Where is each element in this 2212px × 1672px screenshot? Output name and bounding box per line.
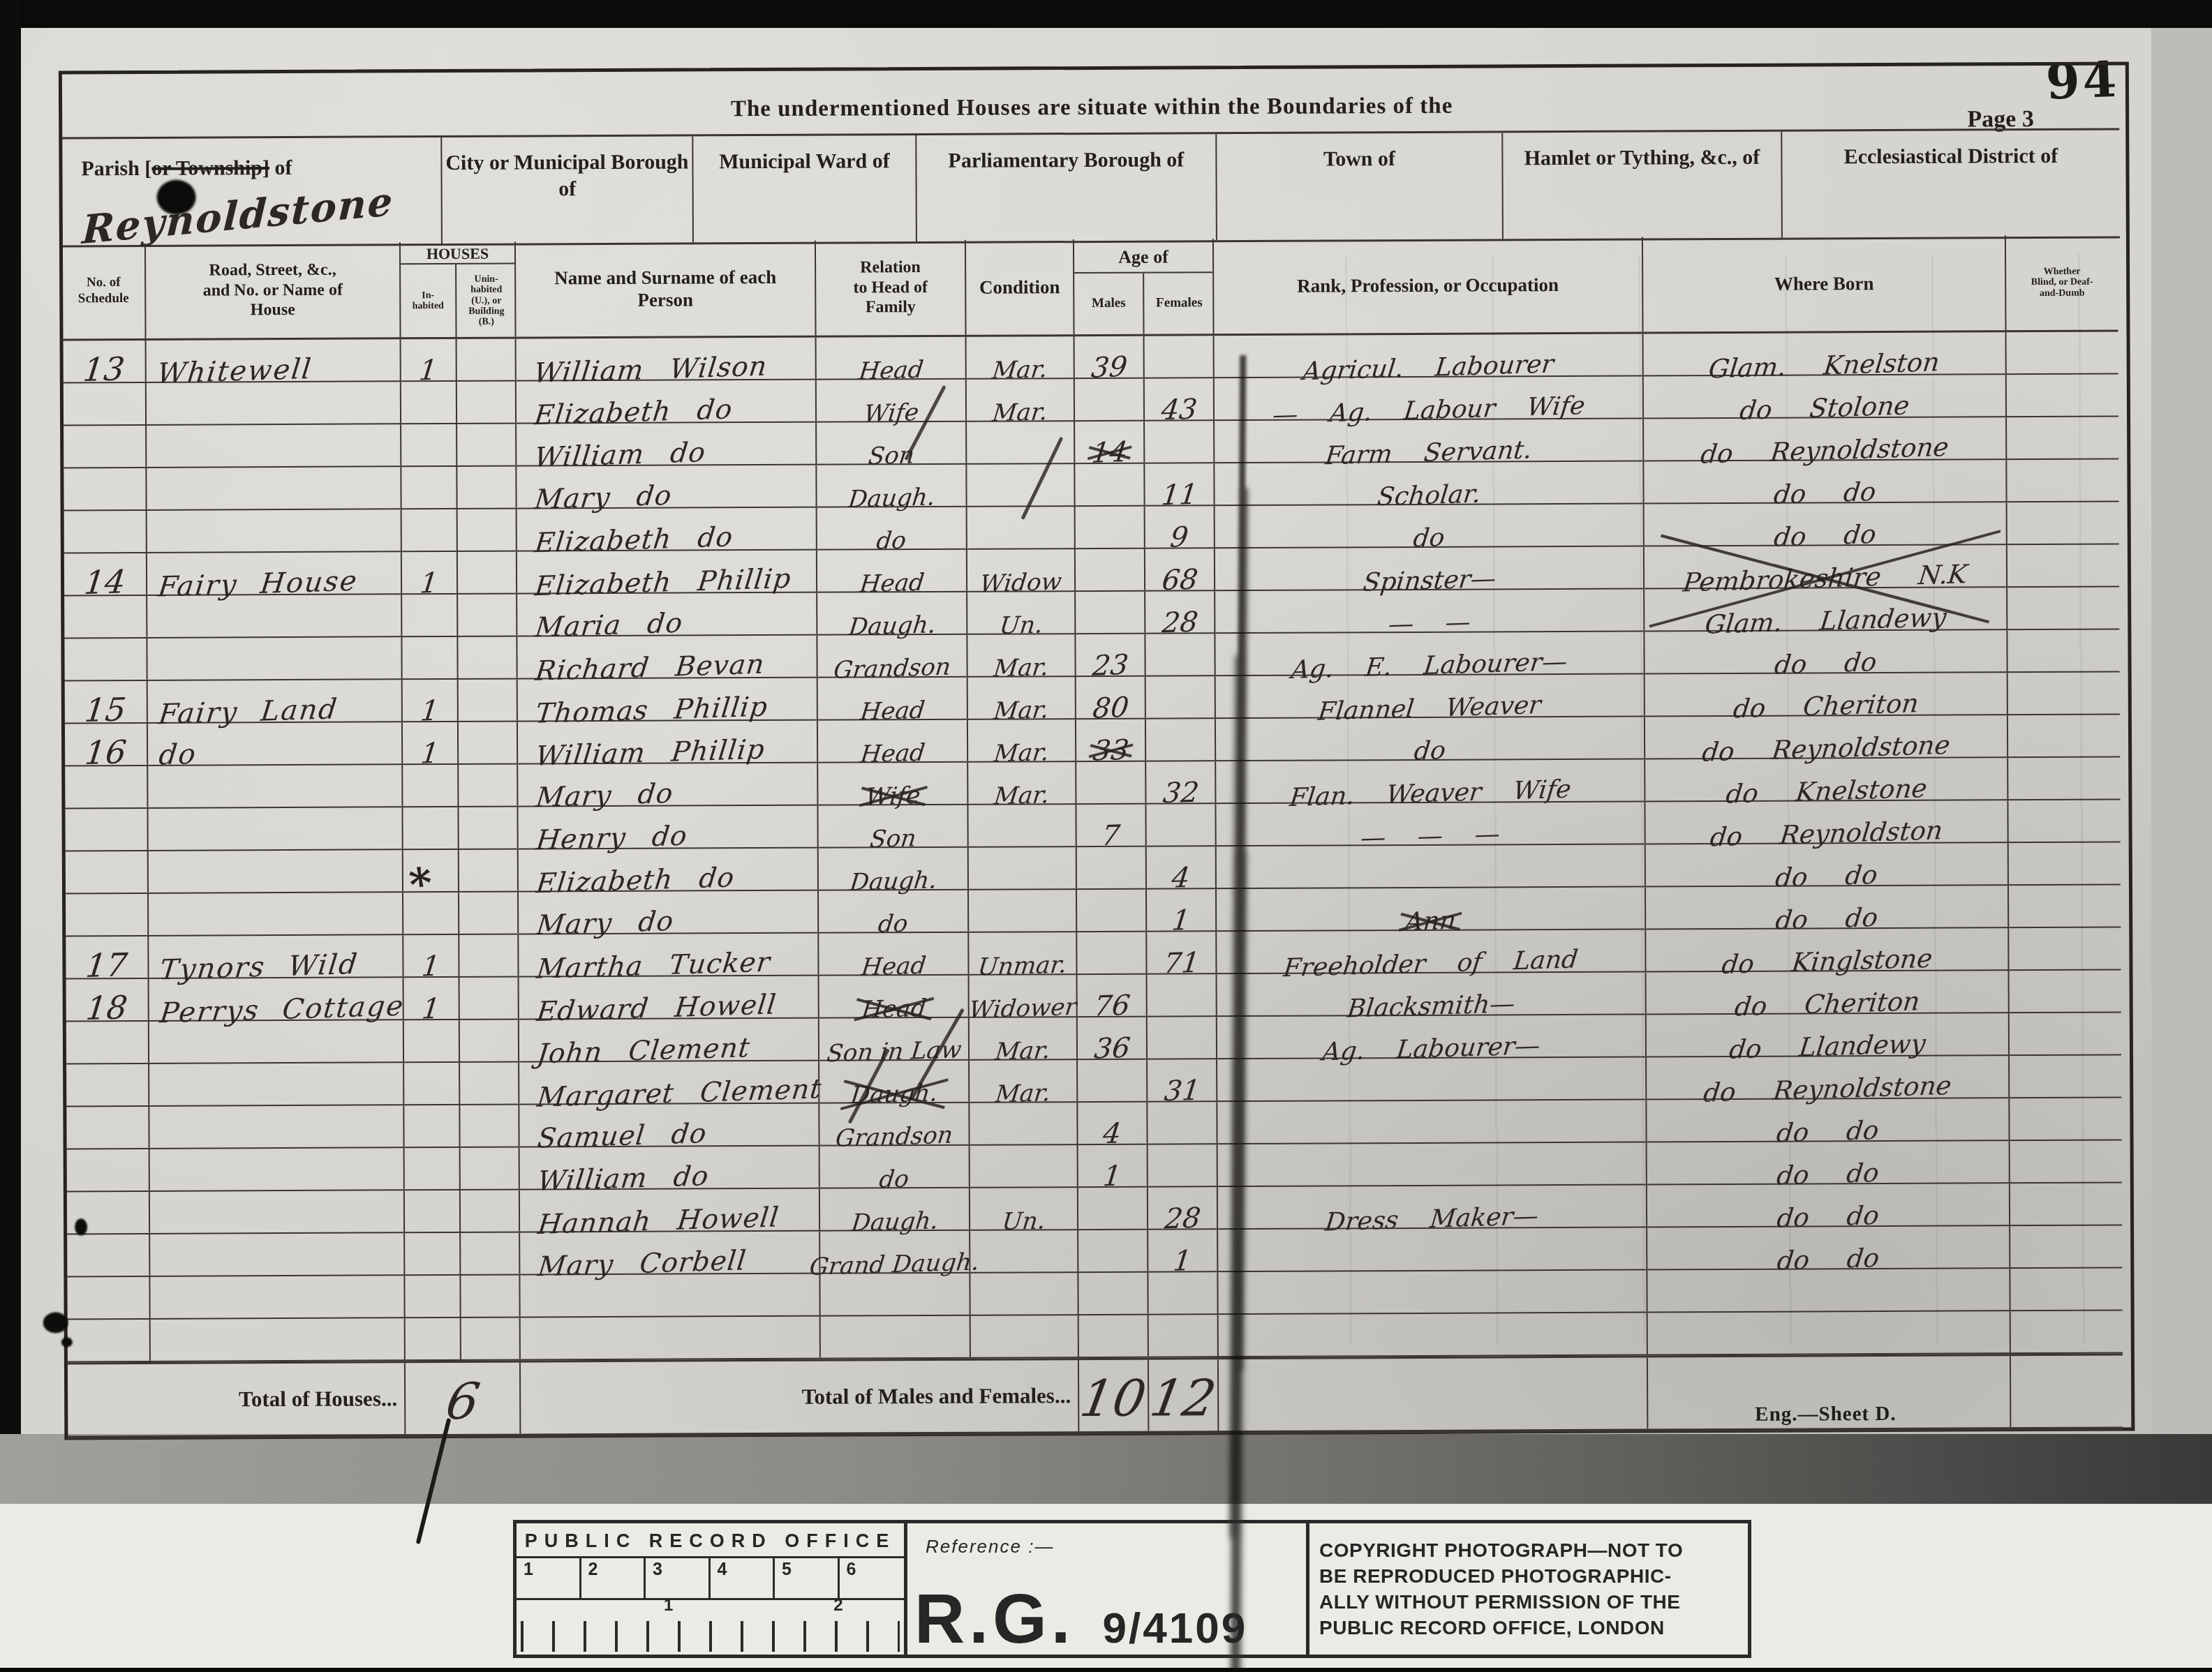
cell-born: do do (1646, 886, 2009, 928)
cell-name: William do (517, 423, 817, 465)
cell-infirm (2009, 843, 2121, 885)
cell-name (520, 1274, 820, 1317)
cell-age_m (1076, 507, 1145, 548)
cell-age_m (1076, 549, 1145, 590)
cell-house (147, 424, 401, 467)
cell-name: John Clement (519, 1019, 819, 1061)
cell-inhabited (402, 509, 458, 551)
cell-infirm (2010, 1184, 2122, 1225)
header-females: Females (1144, 273, 1214, 334)
hole-punch (157, 180, 196, 215)
cell-schedule (66, 1149, 150, 1191)
pro-office-box: PUBLIC RECORD OFFICE 1 2 3 4 5 6 1 2 (513, 1520, 907, 1658)
header-infirm: Whether Blind, or Deaf- and-Dumb (2006, 235, 2118, 331)
cell-infirm (2007, 332, 2118, 374)
header-inhabited-line2: habited (413, 301, 444, 312)
header-name-line1: Name and Surname of each (554, 266, 776, 290)
cell-name: Elizabeth Phillip (517, 551, 817, 593)
cell-inhabited: 1 (404, 978, 460, 1019)
cell-relation: Daugh. (817, 465, 967, 507)
cell-condition (968, 805, 1076, 846)
cell-age_f (1149, 1315, 1219, 1356)
cell-born (1647, 1269, 2010, 1311)
cell-infirm (2010, 1226, 2122, 1268)
cell-schedule (64, 766, 148, 808)
census-sheet: 94 The undermentioned Houses are situate… (21, 28, 2151, 1434)
cell-relation: Grandson (819, 1103, 970, 1145)
cell-age_f (1145, 336, 1215, 377)
cell-infirm (2010, 971, 2121, 1013)
cell-age_f: 32 (1146, 761, 1216, 803)
cell-born: do Stolone (1644, 375, 2007, 417)
cell-inhabited (403, 765, 459, 806)
cell-schedule (64, 596, 147, 638)
cell-infirm (2008, 715, 2120, 757)
cell-name: Mary do (519, 891, 819, 934)
header-road-line3: House (251, 300, 295, 320)
cell-age_m (1079, 1315, 1149, 1357)
cell-relation: Grandson (817, 635, 967, 677)
scan-top-edge (0, 0, 2212, 28)
cell-born: Pembrokeshire N.K (1645, 545, 2007, 588)
cell-uninhabited (461, 1190, 520, 1232)
cell-inhabited (405, 1276, 461, 1317)
cell-age_f (1145, 634, 1215, 675)
cell-age_m (1078, 1060, 1148, 1101)
header-age-subcolumns: Males Females (1074, 273, 1212, 334)
ruler-number: 5 (775, 1558, 840, 1600)
cell-name: William Phillip (518, 721, 818, 763)
cell-age_f: 31 (1148, 1059, 1217, 1100)
cell-name: Hannah Howell (520, 1189, 820, 1232)
cell-infirm (2007, 545, 2119, 587)
cell-born: do do (1647, 1184, 2010, 1226)
town-cell: Town of (1217, 133, 1504, 240)
cell-age_m (1077, 847, 1147, 888)
cell-age_m: 76 (1078, 975, 1148, 1016)
cell-infirm (2009, 886, 2121, 927)
cell-occupation: Farm Servant. (1215, 419, 1644, 463)
cell-uninhabited (458, 509, 517, 551)
cell-infirm (2007, 630, 2119, 672)
cell-house (149, 893, 403, 935)
cell-age_f (1146, 804, 1216, 845)
cell-born: Glam. Knelston (1644, 332, 2007, 375)
cell-uninhabited (457, 424, 517, 465)
cell-inhabited (404, 1063, 460, 1104)
cell-relation: Daugh. (817, 592, 967, 634)
cell-relation: Head (817, 337, 967, 379)
total-males-value: 10 (1079, 1360, 1149, 1431)
header-infirm-line2: Blind, or Deaf- (2031, 277, 2093, 288)
pro-ruler-ticks: 1 2 (521, 1600, 900, 1652)
cell-relation: do (819, 890, 969, 932)
header-uninhabited-line5: (B.) (479, 317, 494, 327)
cell-age_f (1148, 1017, 1217, 1058)
cell-age_f (1145, 421, 1215, 462)
pro-ruler-fine-numbers: 1 2 (521, 1596, 900, 1615)
cell-age_f: 71 (1147, 932, 1217, 973)
cell-uninhabited (460, 1063, 519, 1104)
scan-lower-shadow (0, 1434, 2212, 1504)
cell-name: Henry do (518, 806, 818, 849)
census-table: No. of Schedule Road, Street, &c., and N… (62, 235, 2123, 1440)
hamlet-cell: Hamlet or Tything, &c., of (1503, 132, 1783, 239)
cell-born: do Reynoldstone (1647, 1056, 2010, 1098)
cell-name: Edward Howell (519, 976, 819, 1019)
total-houses-value: 6 (406, 1363, 521, 1435)
cell-occupation (1218, 1270, 1647, 1313)
cell-house: Tynors Wild (149, 935, 403, 978)
cell-inhabited (402, 595, 458, 636)
cell-schedule: 16 (64, 724, 148, 766)
ruler-fine-number: 2 (833, 1596, 843, 1615)
cell-age_m (1076, 762, 1146, 803)
ink-blob (43, 1312, 68, 1333)
cell-schedule (63, 426, 147, 468)
scan-right-margin (2151, 28, 2212, 1504)
ink-blob (75, 1218, 87, 1235)
cell-inhabited (405, 1148, 461, 1189)
cell-born: do do (1645, 502, 2007, 545)
cell-relation: Head (818, 720, 968, 762)
cell-born: do Reynoldstone (1644, 417, 2007, 460)
cell-condition: Mar. (967, 634, 1076, 676)
cell-occupation: Freeholder of Land (1217, 930, 1646, 973)
cell-name: Mary do (517, 465, 817, 508)
cell-condition: Mar. (967, 336, 1075, 378)
cell-house (149, 1020, 404, 1063)
cell-condition (967, 507, 1076, 548)
header-uninhabited-line2: habited (470, 285, 502, 296)
cell-age_f: 4 (1147, 846, 1217, 888)
header-inhabited: In- habited (401, 264, 456, 337)
cell-relation: Head (817, 550, 967, 592)
cell-schedule (65, 894, 149, 936)
cell-uninhabited (459, 765, 518, 806)
cell-infirm (2010, 1056, 2121, 1098)
cell-occupation: — — (1215, 590, 1645, 633)
cell-relation (820, 1274, 970, 1315)
totals-infirm-blank (2011, 1356, 2123, 1428)
reference-label: Reference :— (926, 1536, 1306, 1558)
census-rows: 13Whitewell1William WilsonHeadMar.39Agri… (63, 332, 2123, 1363)
cell-age_f: 28 (1145, 591, 1215, 632)
cell-occupation: Blacksmith— (1217, 973, 1647, 1016)
cell-born: do do (1646, 843, 2009, 886)
cell-age_f: 43 (1145, 378, 1215, 419)
cell-age_m: 4 (1078, 1103, 1148, 1144)
cell-house: Whitewell (147, 339, 401, 382)
scan-left-edge (0, 0, 21, 1434)
parish-cell: Parish [or Township] of Reynoldstone (61, 137, 443, 245)
ruler-number: 6 (840, 1558, 905, 1600)
scanned-census-page: { "page": { "corner_number": "94", "shee… (0, 0, 2212, 1672)
header-houses-group: HOUSES In- habited Unin- habited (U.), o… (401, 242, 517, 338)
cell-age_m: 80 (1076, 677, 1146, 718)
cell-born: do do (1647, 1141, 2010, 1184)
cell-uninhabited (461, 1318, 521, 1359)
cell-house (147, 595, 402, 637)
header-houses-subcolumns: In- habited Unin- habited (U.), or Build… (401, 264, 514, 337)
cell-occupation: Ag. Labourer— (1217, 1015, 1647, 1059)
cell-name: Thomas Phillip (518, 678, 818, 721)
cell-name: Elizabeth do (519, 849, 819, 891)
cell-relation: Son (818, 805, 968, 847)
cell-occupation (1219, 1313, 1648, 1356)
header-uninhabited-line3: (U.), or (471, 295, 501, 306)
cell-inhabited (404, 1105, 460, 1147)
header-where-born: Where Born (1643, 235, 2007, 331)
copyright-line: PUBLIC RECORD OFFICE, LONDON (1319, 1615, 1738, 1641)
cell-infirm (2011, 1311, 2123, 1353)
cell-age_f (1146, 676, 1216, 717)
cell-inhabited (401, 382, 457, 423)
cell-uninhabited (459, 807, 518, 849)
header-name: Name and Surname of each Person (516, 241, 817, 337)
cell-uninhabited (461, 1148, 520, 1189)
header-uninhabited: Unin- habited (U.), or Building (B.) (456, 264, 516, 337)
reference-series: R.G. (914, 1590, 1075, 1649)
cell-relation: Head (819, 933, 969, 975)
header-road-line2: and No. or Name of (203, 280, 343, 301)
ruler-number: 1 (517, 1558, 581, 1600)
cell-infirm (2010, 1013, 2121, 1055)
ruler-fine-number: 1 (664, 1596, 673, 1615)
cell-occupation: do (1215, 505, 1645, 548)
header-road-line1: Road, Street, &c., (209, 260, 336, 281)
cell-inhabited (403, 807, 459, 849)
cell-condition (970, 1230, 1078, 1272)
cell-condition: Mar. (968, 719, 1076, 761)
cell-schedule: 18 (66, 979, 149, 1021)
cell-age_f (1148, 1144, 1218, 1186)
cell-name: Martha Tucker (519, 934, 819, 976)
cell-relation: Head (819, 976, 970, 1017)
header-relation-line1: Relation (860, 257, 921, 278)
cell-name: Maria do (517, 593, 817, 636)
cell-age_f: 11 (1145, 463, 1215, 505)
cell-age_m (1078, 1230, 1148, 1271)
cell-relation: Daugh. (820, 1188, 970, 1230)
census-sheet-content: 94 The undermentioned Houses are situate… (18, 23, 2155, 1438)
cell-born: do Kinglstone (1646, 928, 2009, 971)
cell-age_f (1148, 1272, 1218, 1313)
cell-condition (969, 890, 1077, 932)
pro-copyright-box: COPYRIGHT PHOTOGRAPH—NOT TO BE REPRODUCE… (1306, 1520, 1751, 1658)
cell-age_m: 1 (1078, 1145, 1148, 1186)
cell-infirm (2008, 758, 2120, 800)
census-table-header: No. of Schedule Road, Street, &c., and N… (62, 235, 2118, 341)
cell-name: Margaret Clement (519, 1061, 819, 1104)
cell-uninhabited (457, 467, 517, 508)
cell-schedule (66, 1107, 149, 1149)
cell-house (148, 807, 403, 850)
cell-uninhabited (460, 1105, 519, 1147)
cell-occupation (1217, 845, 1646, 888)
cell-schedule: 15 (64, 681, 148, 723)
copyright-line: COPYRIGHT PHOTOGRAPH—NOT TO (1319, 1537, 1738, 1563)
cell-born: Glam. Llandewy (1645, 588, 2007, 630)
cell-house (148, 765, 403, 807)
cell-age_m: 7 (1076, 805, 1146, 846)
cell-age_m (1077, 890, 1147, 931)
cell-name: William do (520, 1147, 820, 1189)
cell-age_m: 23 (1076, 634, 1145, 675)
cell-uninhabited (459, 935, 519, 976)
cell-schedule (63, 383, 147, 425)
cell-inhabited: 1 (403, 722, 459, 763)
header-inhabited-line1: In- (422, 290, 434, 301)
cell-house (147, 467, 401, 509)
cell-uninhabited (458, 637, 517, 678)
cell-condition (969, 847, 1077, 889)
cell-occupation: Ann (1217, 888, 1646, 931)
cell-house (149, 1105, 404, 1148)
cell-age_m (1078, 1273, 1148, 1314)
boundary-header: Parish [or Township] of Reynoldstone Cit… (61, 128, 2120, 248)
cell-occupation: Spinster— (1215, 547, 1645, 590)
cell-uninhabited (460, 1020, 519, 1061)
cell-relation: do (817, 507, 967, 549)
cell-uninhabited (461, 1233, 520, 1274)
cell-name: Elizabeth do (517, 508, 817, 551)
cell-born: do do (1644, 460, 2007, 502)
cell-infirm (2008, 673, 2120, 715)
cell-house: Perrys Cottage (149, 978, 404, 1020)
cell-age_f (1146, 719, 1216, 760)
cell-house (150, 1148, 405, 1190)
header-uninhabited-line4: Building (468, 306, 504, 318)
cell-age_f: 1 (1147, 889, 1217, 930)
cell-occupation: Flannel Weaver (1216, 675, 1645, 718)
cell-relation (821, 1316, 971, 1358)
header-schedule: No. of Schedule (62, 244, 147, 339)
cell-uninhabited (459, 893, 519, 934)
reference-row: R.G. 9/4109 (914, 1590, 1247, 1653)
cell-condition: Mar. (970, 1017, 1078, 1059)
cell-house (150, 1276, 405, 1318)
cell-name: Samuel do (519, 1104, 819, 1147)
cell-infirm (2009, 928, 2121, 970)
cell-relation: Head (818, 678, 968, 719)
cell-relation: Son (817, 422, 967, 464)
cell-inhabited: 1 (402, 552, 458, 593)
cell-occupation (1218, 1142, 1647, 1186)
cell-house (149, 850, 403, 893)
cell-schedule (66, 1064, 149, 1106)
header-road: Road, Street, &c., and No. or Name of Ho… (146, 242, 401, 338)
header-infirm-line1: Whether (2044, 267, 2081, 278)
cell-name: Mary do (518, 763, 818, 806)
parish-label-struck: or Township] (151, 156, 269, 180)
cell-born: do Cheriton (1647, 971, 2010, 1013)
ruler-number: 3 (646, 1558, 711, 1600)
cell-inhabited: 1 (401, 339, 457, 380)
cell-house (150, 1190, 405, 1233)
cell-condition: Mar. (968, 762, 1076, 804)
header-houses-title: HOUSES (401, 242, 514, 265)
cell-condition (970, 1103, 1078, 1144)
cell-house (149, 1063, 404, 1105)
cell-schedule (65, 851, 149, 893)
cell-inhabited (404, 1020, 460, 1061)
cell-born: do do (1647, 1226, 2010, 1269)
cell-age_f: 9 (1145, 506, 1215, 547)
pro-ruler-numbers: 1 2 3 4 5 6 (517, 1556, 904, 1600)
cell-infirm (2010, 1098, 2121, 1140)
cell-uninhabited (459, 680, 518, 721)
cell-uninhabited (459, 722, 518, 763)
total-males-females-label: Total of Males and Females... (521, 1360, 1079, 1433)
cell-schedule (66, 1234, 150, 1276)
cell-occupation (1218, 1227, 1647, 1271)
ecclesiastical-district-cell: Ecclesiastical District of (1782, 130, 2120, 238)
cell-condition: Mar. (970, 1060, 1078, 1102)
cell-name: Mary Corbell (520, 1232, 820, 1274)
header-infirm-line3: and-Dumb (2040, 288, 2085, 299)
cell-name: William Wilson (517, 338, 817, 380)
cell-occupation: — — — (1216, 803, 1645, 846)
reference-number: 9/4109 (1103, 1604, 1248, 1653)
cell-schedule: 14 (64, 553, 147, 595)
cell-age_m (1075, 464, 1145, 505)
cell-infirm (2007, 460, 2118, 502)
cell-inhabited (405, 1233, 461, 1274)
cell-occupation: do (1216, 717, 1645, 761)
parish-label-prefix: Parish [ (81, 157, 151, 180)
header-relation-line3: Family (866, 297, 916, 318)
cell-relation: Daugh. (819, 1061, 970, 1103)
cell-inhabited (406, 1318, 461, 1359)
cell-uninhabited (460, 978, 519, 1019)
header-age-title: Age of (1074, 239, 1212, 274)
cell-relation: Grand Daugh. (820, 1231, 970, 1273)
cell-occupation (1217, 1100, 1647, 1143)
header-name-line2: Person (637, 288, 693, 311)
cell-inhabited (401, 467, 457, 508)
cell-age_m (1078, 1188, 1148, 1229)
parish-label: Parish [or Township] of (81, 155, 292, 182)
copyright-line: ALLY WITHOUT PERMISSION OF THE (1319, 1589, 1738, 1615)
cell-house (150, 1233, 405, 1276)
pro-stamp: PUBLIC RECORD OFFICE 1 2 3 4 5 6 1 2 Ref… (513, 1520, 1751, 1658)
cell-condition (967, 464, 1075, 506)
cell-schedule (64, 511, 147, 553)
cell-age_f (1148, 974, 1217, 1015)
cell-age_f: 68 (1145, 548, 1215, 590)
cell-occupation: Ag. E. Labourer— (1215, 632, 1645, 675)
total-males-number: 10 (1076, 1369, 1150, 1428)
cell-uninhabited (459, 850, 519, 891)
totals-occupation-blank (1219, 1357, 1648, 1431)
header-relation-line2: to Head of (853, 278, 928, 298)
cell-uninhabited (457, 382, 517, 423)
cell-infirm (2010, 1269, 2122, 1311)
cell-house (147, 382, 401, 424)
cell-schedule (63, 468, 147, 510)
header-schedule-line2: Schedule (78, 291, 129, 307)
cell-schedule (67, 1320, 151, 1361)
cell-condition (970, 1273, 1078, 1315)
cell-age_m: 39 (1075, 336, 1145, 378)
cell-born: do Reynoldstone (1645, 715, 2008, 758)
cell-house (147, 509, 402, 552)
cell-born: do do (1647, 1098, 2010, 1141)
total-houses-label: Total of Houses... (67, 1363, 406, 1435)
cell-occupation: Agricul. Labourer (1215, 334, 1644, 378)
cell-infirm (2010, 1141, 2122, 1183)
